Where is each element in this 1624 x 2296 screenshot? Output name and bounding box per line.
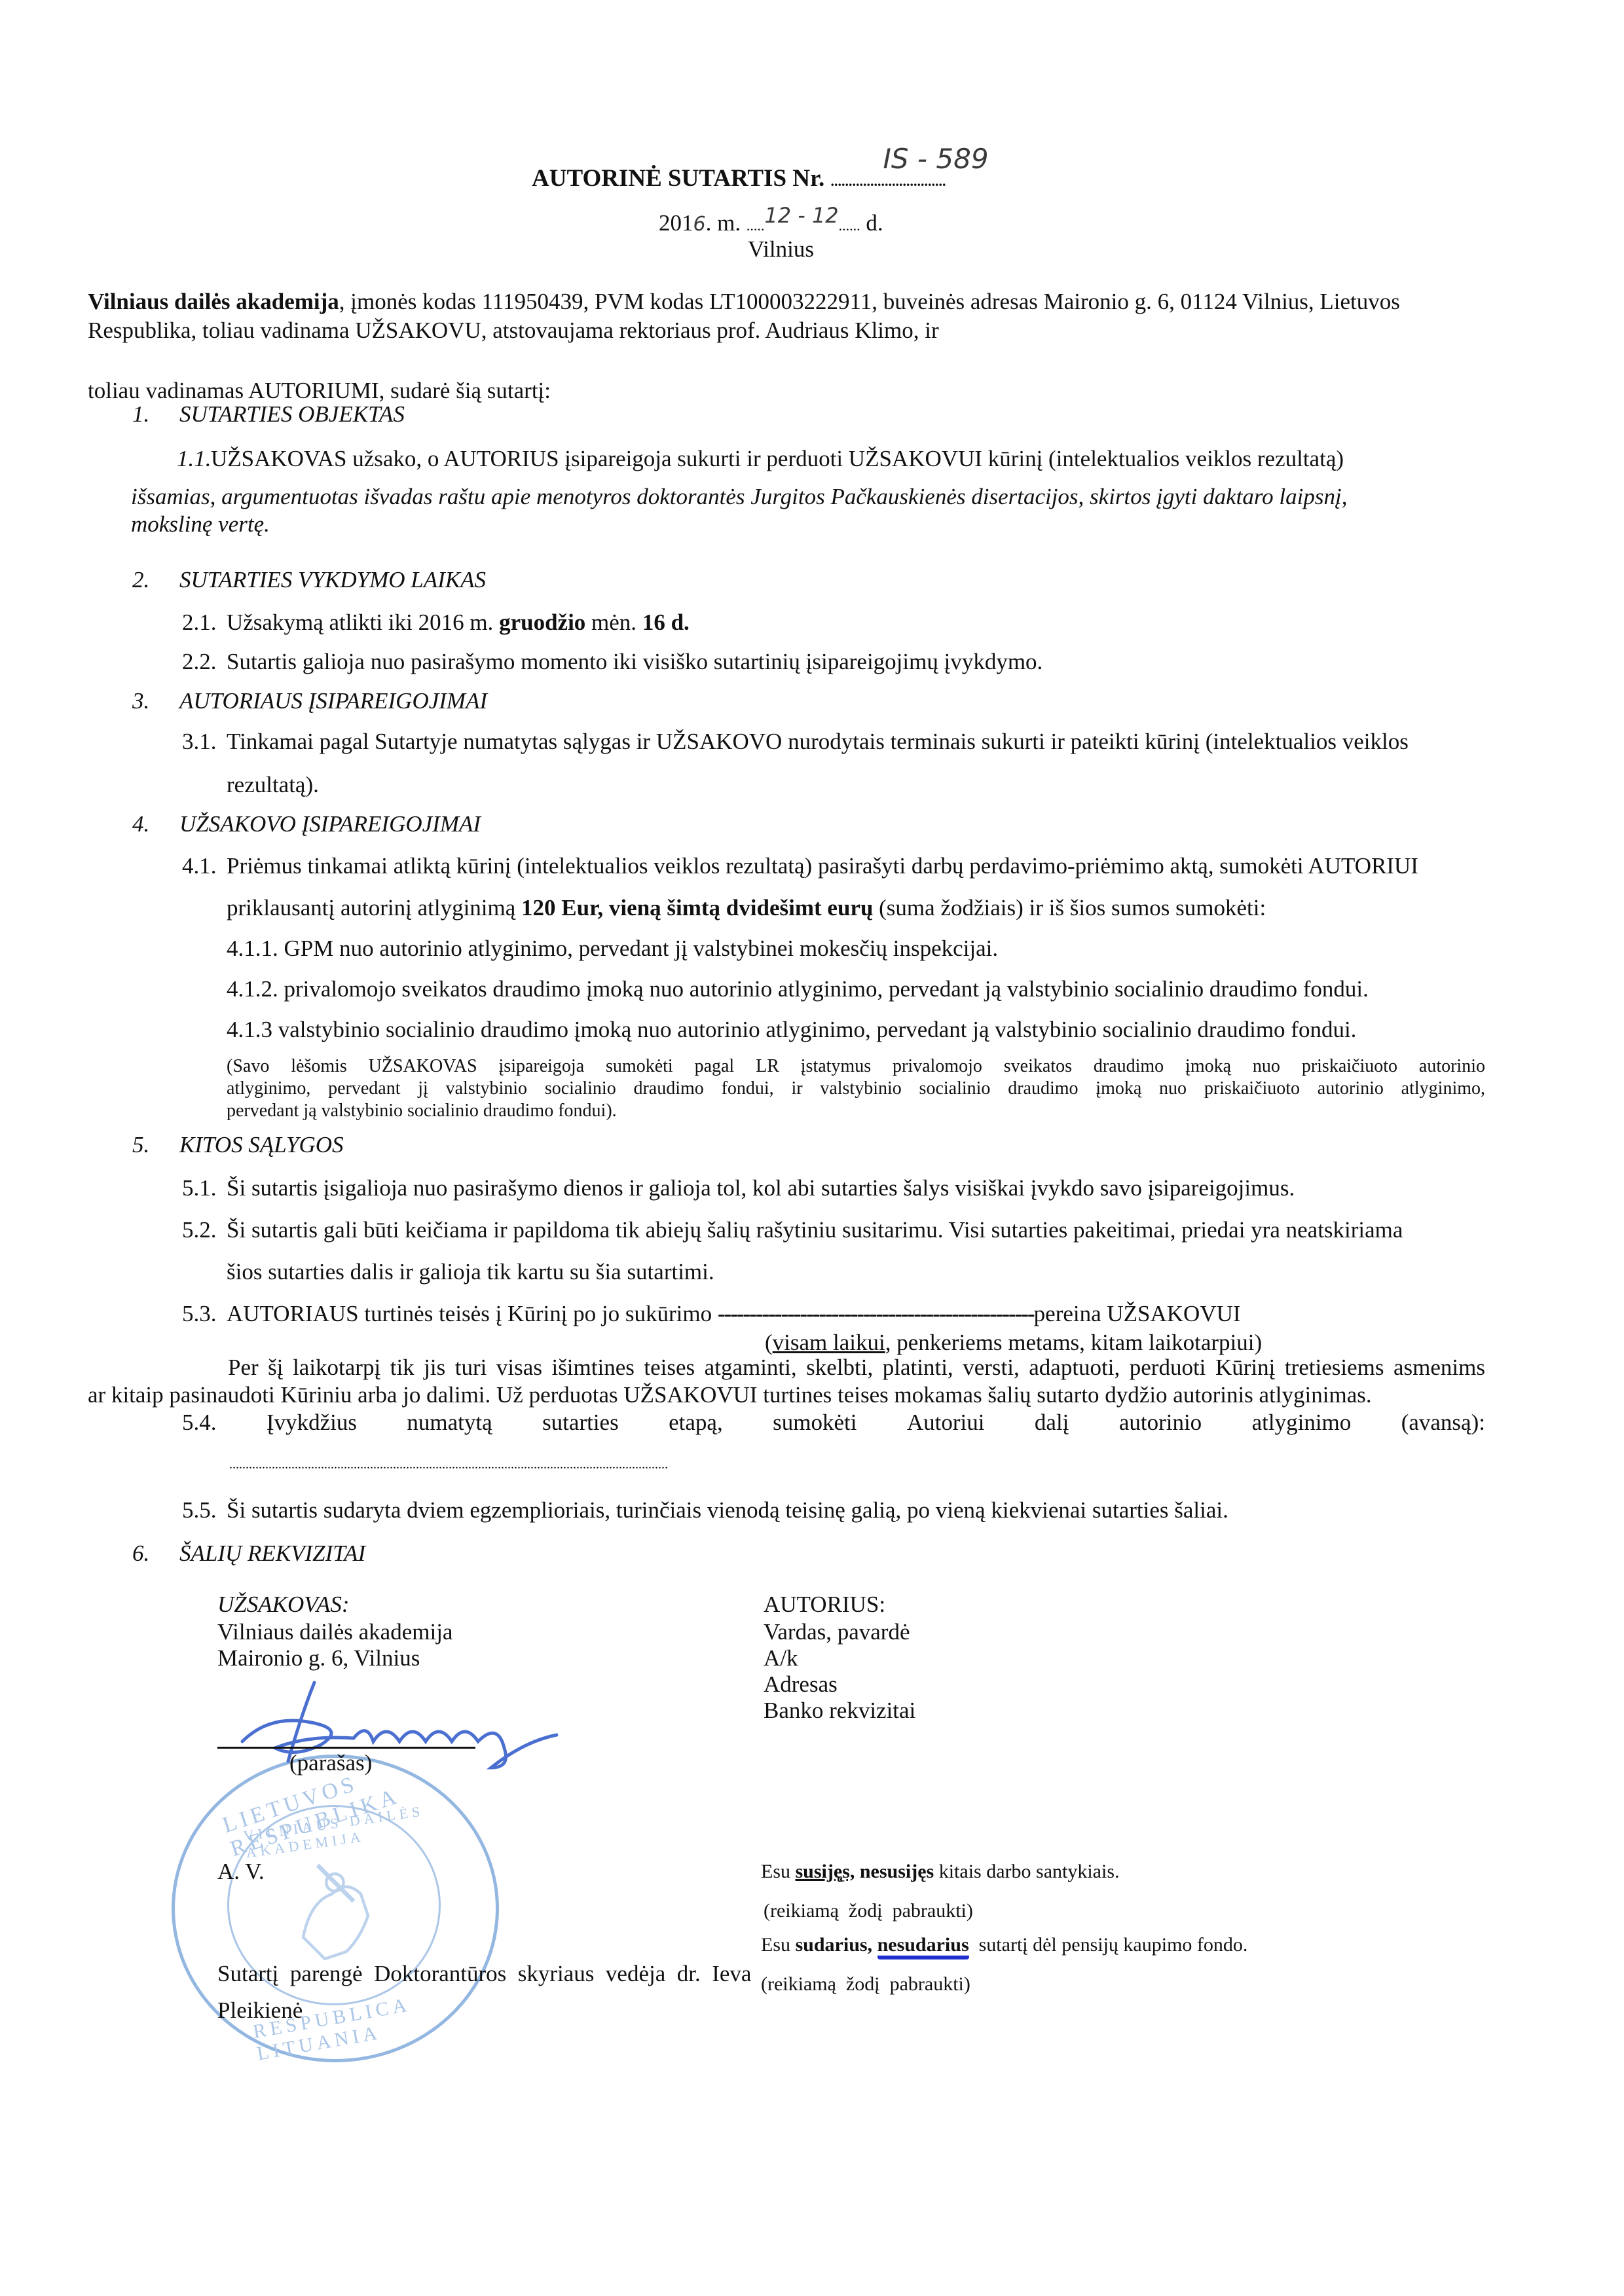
org-name: Vilniaus dailės akademija — [88, 289, 339, 314]
employment-status: Esu susiję̨s, nesusijęs kitais darbo san… — [761, 1859, 1120, 1884]
contract-number-handwritten: IS - 589 — [883, 145, 989, 173]
clause-3-1: 3.1.Tinkamai pagal Sutartyje numatytas s… — [182, 728, 1409, 756]
clause-5-3-para-line-1: Per šį laikotarpį tik jis turi visas iši… — [228, 1354, 1485, 1381]
section-3-heading: 3.AUTORIAUS ĮSIPAREIGOJIMAI — [132, 687, 487, 715]
number-blank: ................................ IS - 58… — [831, 165, 946, 192]
customer-name: Vilniaus dailės akademija — [217, 1618, 452, 1646]
section-2-heading: 2.SUTARTIES VYKDYMO LAIKAS — [132, 566, 486, 594]
section-5-heading: 5.KITOS SĄLYGOS — [132, 1131, 344, 1159]
clause-1-1-detail-line-2: mokslinę vertę. — [131, 511, 270, 538]
pension-hint: (reikiamą žodį pabraukti) — [761, 1972, 970, 1997]
option-not-employed[interactable]: nesusijęs — [860, 1861, 934, 1882]
clause-2-2: 2.2.Sutartis galioja nuo pasirašymo mome… — [182, 648, 1043, 676]
employment-hint: (reikiamą žodį pabraukti) — [764, 1899, 973, 1923]
author-field-personal-code[interactable]: A/k — [764, 1645, 798, 1672]
clause-1-1: 1.1.UŽSAKOVAS užsako, o AUTORIUS įsipare… — [177, 445, 1344, 473]
signature-line — [217, 1747, 475, 1749]
clause-5-4-blank[interactable]: ........................................… — [229, 1457, 995, 1472]
clause-5-1: 5.1.Ši sutartis įsigalioja nuo pasirašym… — [182, 1175, 1295, 1202]
contract-title: AUTORINĖ SUTARTIS Nr. ..................… — [532, 165, 946, 195]
section-4-note-line-1: (Savo lėšomis UŽSAKOVAS įsipareigoja sum… — [227, 1055, 1485, 1078]
clause-5-2-cont: šios sutarties dalis ir galioja tik kart… — [227, 1258, 714, 1286]
clause-4-1-cont: priklausantį autorinį atlyginimą 120 Eur… — [227, 894, 1266, 922]
signature-icon — [216, 1676, 583, 1774]
author-field-name[interactable]: Vardas, pavardė — [764, 1618, 910, 1646]
clause-5-3: 5.3.AUTORIAUS turtinės teisės į Kūrinį p… — [182, 1300, 1241, 1328]
contract-city: Vilnius — [748, 236, 814, 263]
clause-3-1-cont: rezultatą). — [227, 771, 319, 799]
option-pension-not-signed[interactable]: nesudarius — [877, 1934, 969, 1959]
intro-line-1: Vilniaus dailės akademija, įmonės kodas … — [88, 288, 1400, 316]
date-blank: .....12 - 12...... — [747, 210, 860, 236]
date-handwritten: 12 - 12 — [764, 203, 838, 228]
author-field-bank[interactable]: Banko rekvizitai — [764, 1697, 915, 1724]
clause-5-2: 5.2.Ši sutartis gali būti keičiama ir pa… — [182, 1216, 1403, 1244]
section-4-note-line-2: atlyginimo, pervedant jį valstybinio soc… — [227, 1078, 1485, 1100]
clause-4-1: 4.1.Priėmus tinkamai atliktą kūrinį (int… — [182, 852, 1418, 880]
section-4-heading: 4.UŽSAKOVO ĮSIPAREIGOJIMAI — [132, 811, 481, 838]
customer-address: Maironio g. 6, Vilnius — [217, 1645, 420, 1672]
clause-4-1-2: 4.1.2. privalomojo sveikatos draudimo įm… — [227, 975, 1369, 1003]
option-pension-signed[interactable]: sudarius, — [796, 1934, 873, 1956]
clause-2-1: 2.1.Užsakymą atlikti iki 2016 m. gruodži… — [182, 609, 690, 636]
signature-caption: (parašas) — [289, 1749, 372, 1777]
fee-amount: 120 Eur, vieną šimtą dvidešimt eurų — [521, 895, 873, 920]
section-6-heading: 6.ŠALIŲ REKVIZITAI — [132, 1540, 365, 1567]
author-label: AUTORIUS: — [764, 1591, 885, 1618]
prepared-by-line-2: Pleikienė — [217, 1997, 303, 2024]
section-4-note-line-3: pervedant ją valstybinio socialinio drau… — [227, 1100, 617, 1122]
intro-line-2: Respublika, toliau vadinama UŽSAKOVU, at… — [88, 317, 939, 344]
clause-4-1-3: 4.1.3 valstybinio socialinio draudimo įm… — [227, 1016, 1356, 1044]
author-field-address[interactable]: Adresas — [764, 1671, 838, 1698]
clause-5-4: 5.4. Įvykdžius numatytą sutarties etapą,… — [182, 1409, 1485, 1436]
pension-status: Esu sudarius, nesudarius sutartį dėl pen… — [761, 1933, 1247, 1958]
section-1-heading: 1.SUTARTIES OBJEKTAS — [132, 401, 405, 428]
knight-emblem-icon — [260, 1836, 404, 1980]
clause-5-3-para-line-2: ar kitaip pasinaudoti Kūriniu arba jo da… — [88, 1381, 1372, 1409]
customer-label: UŽSAKOVAS: — [217, 1591, 350, 1618]
title-text: AUTORINĖ SUTARTIS Nr. — [532, 165, 824, 192]
option-employed[interactable]: susiję̨s, — [796, 1861, 855, 1882]
clause-5-3-term-options: (visam laikui, penkeriems metams, kitam … — [765, 1329, 1262, 1357]
clause-5-5: 5.5.Ši sutartis sudaryta dviem egzemplio… — [182, 1497, 1228, 1524]
selected-term-option: visam laikui — [773, 1330, 885, 1355]
stamp-place-label: A. V. — [217, 1858, 265, 1886]
clause-4-1-1: 4.1.1. GPM nuo autorinio atlyginimo, per… — [227, 935, 998, 962]
prepared-by-line-1: Sutartį parengė Doktorantūros skyriaus v… — [217, 1960, 751, 1988]
clause-1-1-detail-line-1: išsamias, argumentuotas išvadas raštu ap… — [131, 483, 1347, 511]
